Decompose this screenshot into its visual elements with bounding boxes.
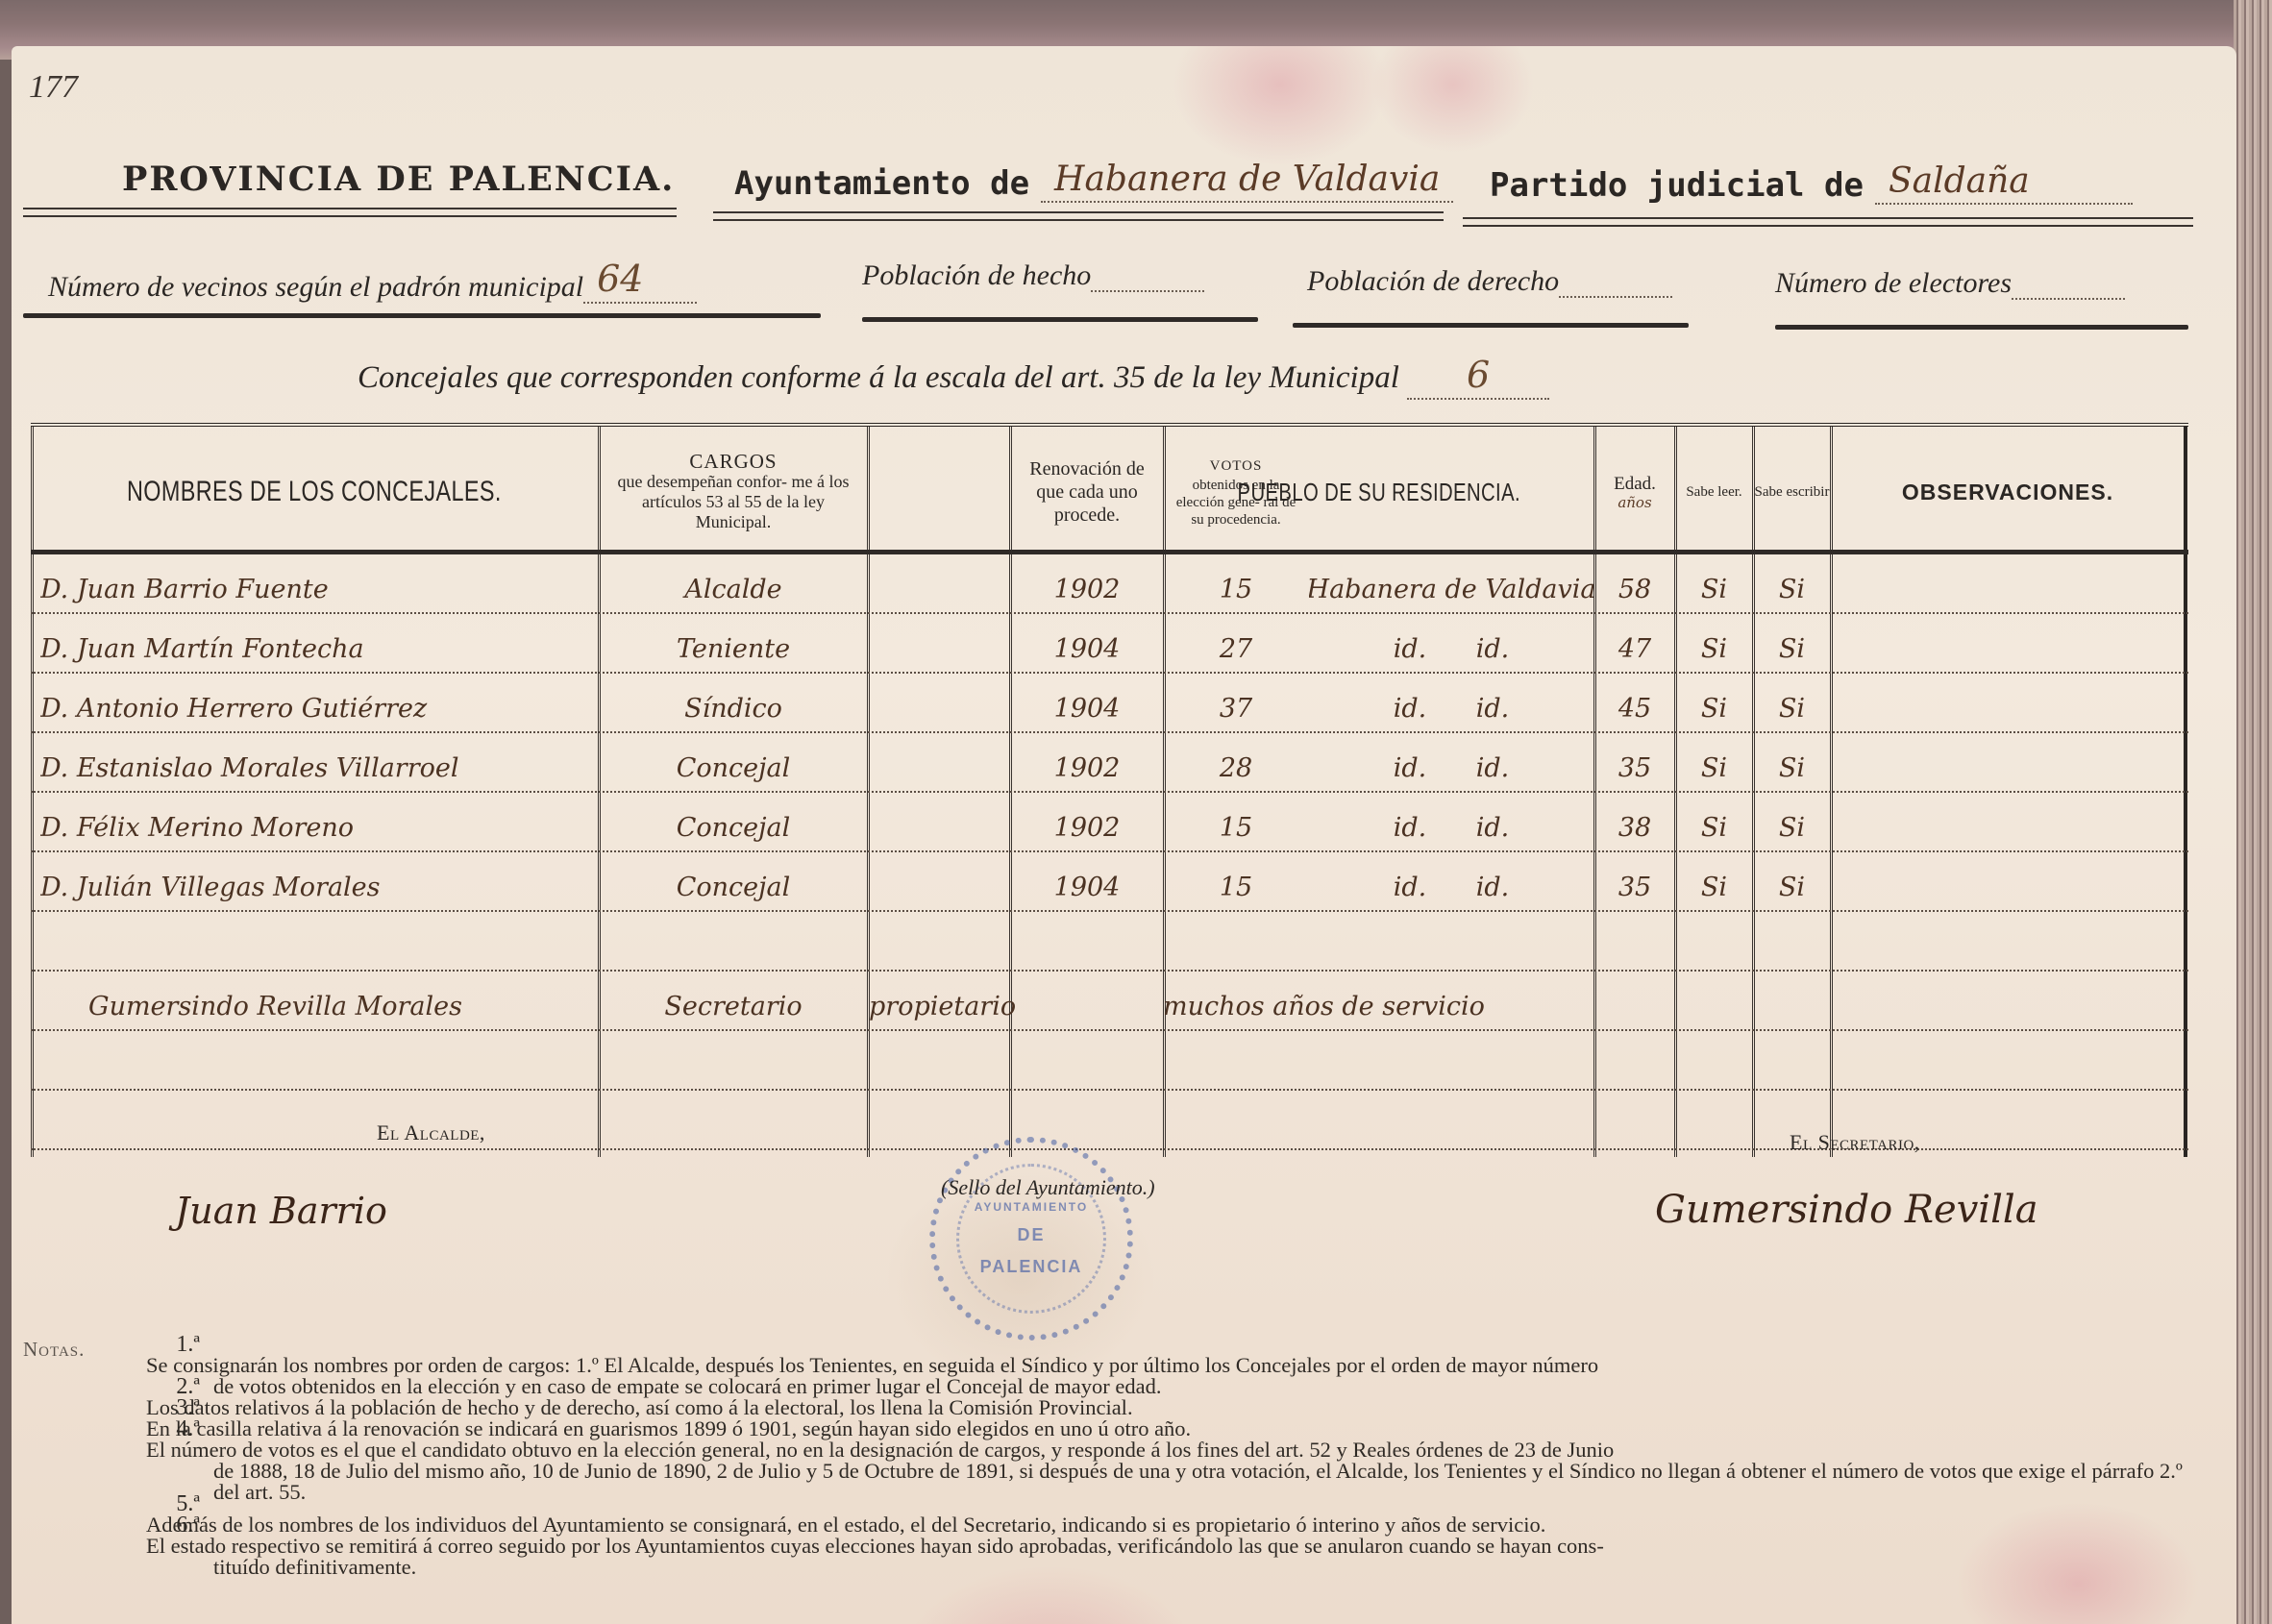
poblacion-hecho-field: Población de hecho — [862, 259, 1204, 292]
cell-sabe-leer[interactable]: Si — [1676, 799, 1752, 847]
cell-cargo[interactable]: Concejal — [600, 799, 867, 847]
note-item: 4.ªEl número de votos es el que el candi… — [146, 1418, 2212, 1503]
poblacion-derecho-label: Población de derecho — [1307, 265, 1559, 298]
header-sabe-escribir: Sabe escribir — [1754, 434, 1830, 550]
cell-sabe-leer[interactable]: Si — [1676, 679, 1752, 727]
ayuntamiento-field: Ayuntamiento de Habanera de Valdavia — [734, 160, 1453, 203]
cell-cargo[interactable]: Concejal — [600, 739, 867, 787]
cell-renovacion[interactable]: 1902 — [1011, 560, 1163, 608]
rule — [713, 211, 1444, 221]
table-row: D. Julián Villegas Morales Concejal 1904… — [31, 852, 2188, 912]
cell-nombre[interactable]: Gumersindo Revilla Morales — [88, 977, 593, 1025]
stamp-text-mid: DE — [1017, 1225, 1045, 1245]
poblacion-derecho-value[interactable] — [1559, 267, 1672, 298]
cell-observaciones[interactable] — [1832, 679, 2184, 727]
electores-label: Número de electores — [1775, 267, 2012, 300]
cell-nombre[interactable] — [40, 1096, 593, 1144]
note-item: 6.ªEl estado respectivo se remitirá á co… — [146, 1514, 2212, 1578]
rule — [23, 208, 677, 217]
cell-sabe-leer[interactable]: Si — [1676, 620, 1752, 668]
notes-label: Notas. — [23, 1338, 85, 1362]
cell-pueblo[interactable]: id. id. — [1309, 739, 1593, 787]
cell-pueblo[interactable]: id. id. — [1309, 620, 1593, 668]
stamp-text-bottom: PALENCIA — [980, 1257, 1083, 1277]
header-pueblo: PUEBLO DE SU RESIDENCIA. — [1165, 434, 1593, 550]
cell-votos[interactable]: 28 — [1165, 739, 1307, 787]
ayuntamiento-label: Ayuntamiento de — [734, 164, 1029, 203]
table-row: D. Estanislao Morales Villarroel Conceja… — [31, 733, 2188, 793]
cell-nombre[interactable]: D. Antonio Herrero Gutiérrez — [40, 679, 593, 727]
cell-renovacion[interactable]: 1902 — [1011, 739, 1163, 787]
concejales-table: NOMBRES DE LOS CONCEJALES. CARGOS que de… — [31, 423, 2188, 1157]
header-renovacion: Renovación de que cada uno procede. — [1011, 434, 1163, 550]
folio-number: 177 — [29, 69, 78, 106]
alcalde-signature: Juan Barrio — [175, 1190, 387, 1232]
cell-votos[interactable]: 15 — [1165, 799, 1307, 847]
sello-label: (Sello del Ayuntamiento.) — [941, 1175, 1155, 1200]
vecinos-value[interactable]: 64 — [583, 258, 697, 304]
document-page: 177 PROVINCIA DE PALENCIA. Ayuntamiento … — [12, 46, 2236, 1624]
poblacion-derecho-field: Población de derecho — [1307, 265, 1672, 298]
cell-votos[interactable]: 15 — [1165, 858, 1307, 906]
header-nombres: NOMBRES DE LOS CONCEJALES. — [31, 434, 598, 550]
cell-sabe-escribir[interactable]: Si — [1754, 560, 1830, 608]
cell-renovacion[interactable]: 1904 — [1011, 858, 1163, 906]
cell-edad[interactable]: 38 — [1595, 799, 1674, 847]
cell-edad[interactable]: 35 — [1595, 858, 1674, 906]
cell-edad[interactable]: 58 — [1595, 560, 1674, 608]
ayuntamiento-stamp: AYUNTAMIENTO DE PALENCIA — [929, 1137, 1133, 1341]
cell-cargo[interactable]: Secretario — [600, 977, 867, 1025]
concejales-scale: Concejales que corresponden conforme á l… — [358, 354, 1549, 400]
partido-label: Partido judicial de — [1490, 166, 1864, 205]
cell-pueblo[interactable]: Habanera de Valdavia — [1309, 560, 1593, 608]
province-title: PROVINCIA DE PALENCIA. — [122, 160, 675, 199]
electores-value[interactable] — [2012, 269, 2125, 300]
cell-nombre[interactable]: D. Estanislao Morales Villarroel — [40, 739, 593, 787]
table-row: D. Antonio Herrero Gutiérrez Síndico 190… — [31, 674, 2188, 733]
cell-cargo[interactable]: Síndico — [600, 679, 867, 727]
cell-observaciones[interactable] — [1832, 858, 2184, 906]
cell-sabe-escribir[interactable]: Si — [1754, 620, 1830, 668]
header-observaciones: OBSERVACIONES. — [1832, 434, 2184, 550]
table-row — [31, 912, 2188, 972]
table-row: D. Juan Martín Fontecha Teniente 1904 27… — [31, 614, 2188, 674]
cell-pueblo[interactable]: id. id. — [1309, 799, 1593, 847]
poblacion-hecho-label: Población de hecho — [862, 259, 1091, 292]
cell-sabe-leer[interactable]: Si — [1676, 739, 1752, 787]
vecinos-label: Número de vecinos según el padrón munici… — [48, 271, 583, 304]
cell-nombre[interactable]: D. Juan Martín Fontecha — [40, 620, 593, 668]
header-edad: Edad. años — [1595, 434, 1674, 550]
table-row-secretario: Gumersindo Revilla Morales Secretario pr… — [31, 972, 2188, 1031]
table-row — [31, 1031, 2188, 1091]
cell-renovacion[interactable]: 1904 — [1011, 679, 1163, 727]
table-row: D. Félix Merino Moreno Concejal 1902 15 … — [31, 793, 2188, 852]
cell-edad[interactable]: 47 — [1595, 620, 1674, 668]
cell-pueblo[interactable]: id. id. — [1309, 679, 1593, 727]
cell-renovacion[interactable]: 1904 — [1011, 620, 1163, 668]
cell-sabe-escribir[interactable]: Si — [1754, 739, 1830, 787]
cell-edad[interactable]: 35 — [1595, 739, 1674, 787]
rule — [1463, 217, 2193, 227]
concejales-scale-value[interactable]: 6 — [1407, 354, 1549, 400]
cell-sabe-escribir[interactable]: Si — [1754, 858, 1830, 906]
cell-nombre[interactable] — [40, 1037, 593, 1085]
cell-observaciones[interactable] — [1832, 620, 2184, 668]
cell-pueblo[interactable]: muchos años de servicio — [1163, 977, 1586, 1025]
cell-renovacion[interactable]: 1902 — [1011, 799, 1163, 847]
cell-edad[interactable]: 45 — [1595, 679, 1674, 727]
rule — [1293, 323, 1689, 328]
cell-nombre[interactable]: D. Félix Merino Moreno — [40, 799, 593, 847]
cell-votos[interactable]: 15 — [1165, 560, 1307, 608]
cell-observaciones[interactable] — [1832, 799, 2184, 847]
concejales-scale-label: Concejales que corresponden conforme á l… — [358, 360, 1399, 395]
header-sabe-leer: Sabe leer. — [1676, 434, 1752, 550]
cell-nombre[interactable]: D. Julián Villegas Morales — [40, 858, 593, 906]
cell-nombre[interactable]: D. Juan Barrio Fuente — [40, 560, 593, 608]
table-row: D. Juan Barrio Fuente Alcalde 1902 15 Ha… — [31, 554, 2188, 614]
poblacion-hecho-value[interactable] — [1091, 261, 1204, 292]
cell-votos[interactable]: 27 — [1165, 620, 1307, 668]
cell-observaciones[interactable] — [1832, 560, 2184, 608]
stamp-text-top: AYUNTAMIENTO — [975, 1200, 1088, 1214]
secretario-label: El Secretario, — [1790, 1130, 1920, 1155]
header-cargos: CARGOS que desempeñan confor- me á los a… — [600, 434, 867, 550]
cell-nombre[interactable] — [40, 918, 593, 966]
vecinos-field: Número de vecinos según el padrón munici… — [48, 258, 697, 304]
cell-sabe-leer[interactable]: Si — [1676, 858, 1752, 906]
alcalde-label: El Alcalde, — [377, 1120, 485, 1145]
cell-cargo[interactable]: Alcalde — [600, 560, 867, 608]
rule — [23, 313, 821, 318]
cell-renovacion[interactable]: propietario — [869, 977, 1157, 1025]
cell-cargo[interactable]: Concejal — [600, 858, 867, 906]
book-right-edge — [2234, 0, 2272, 1624]
cell-cargo[interactable]: Teniente — [600, 620, 867, 668]
cell-sabe-escribir[interactable]: Si — [1754, 679, 1830, 727]
partido-field: Partido judicial de Saldaña — [1490, 161, 2133, 205]
cell-observaciones[interactable] — [1832, 739, 2184, 787]
cell-pueblo[interactable]: id. id. — [1309, 858, 1593, 906]
cell-sabe-leer[interactable]: Si — [1676, 560, 1752, 608]
secretario-signature: Gumersindo Revilla — [1655, 1188, 2038, 1232]
cell-sabe-escribir[interactable]: Si — [1754, 799, 1830, 847]
partido-value[interactable]: Saldaña — [1875, 161, 2133, 205]
rule — [1775, 325, 2188, 330]
electores-field: Número de electores — [1775, 267, 2125, 300]
rule — [862, 317, 1258, 322]
ayuntamiento-value[interactable]: Habanera de Valdavia — [1041, 160, 1453, 203]
cell-votos[interactable]: 37 — [1165, 679, 1307, 727]
